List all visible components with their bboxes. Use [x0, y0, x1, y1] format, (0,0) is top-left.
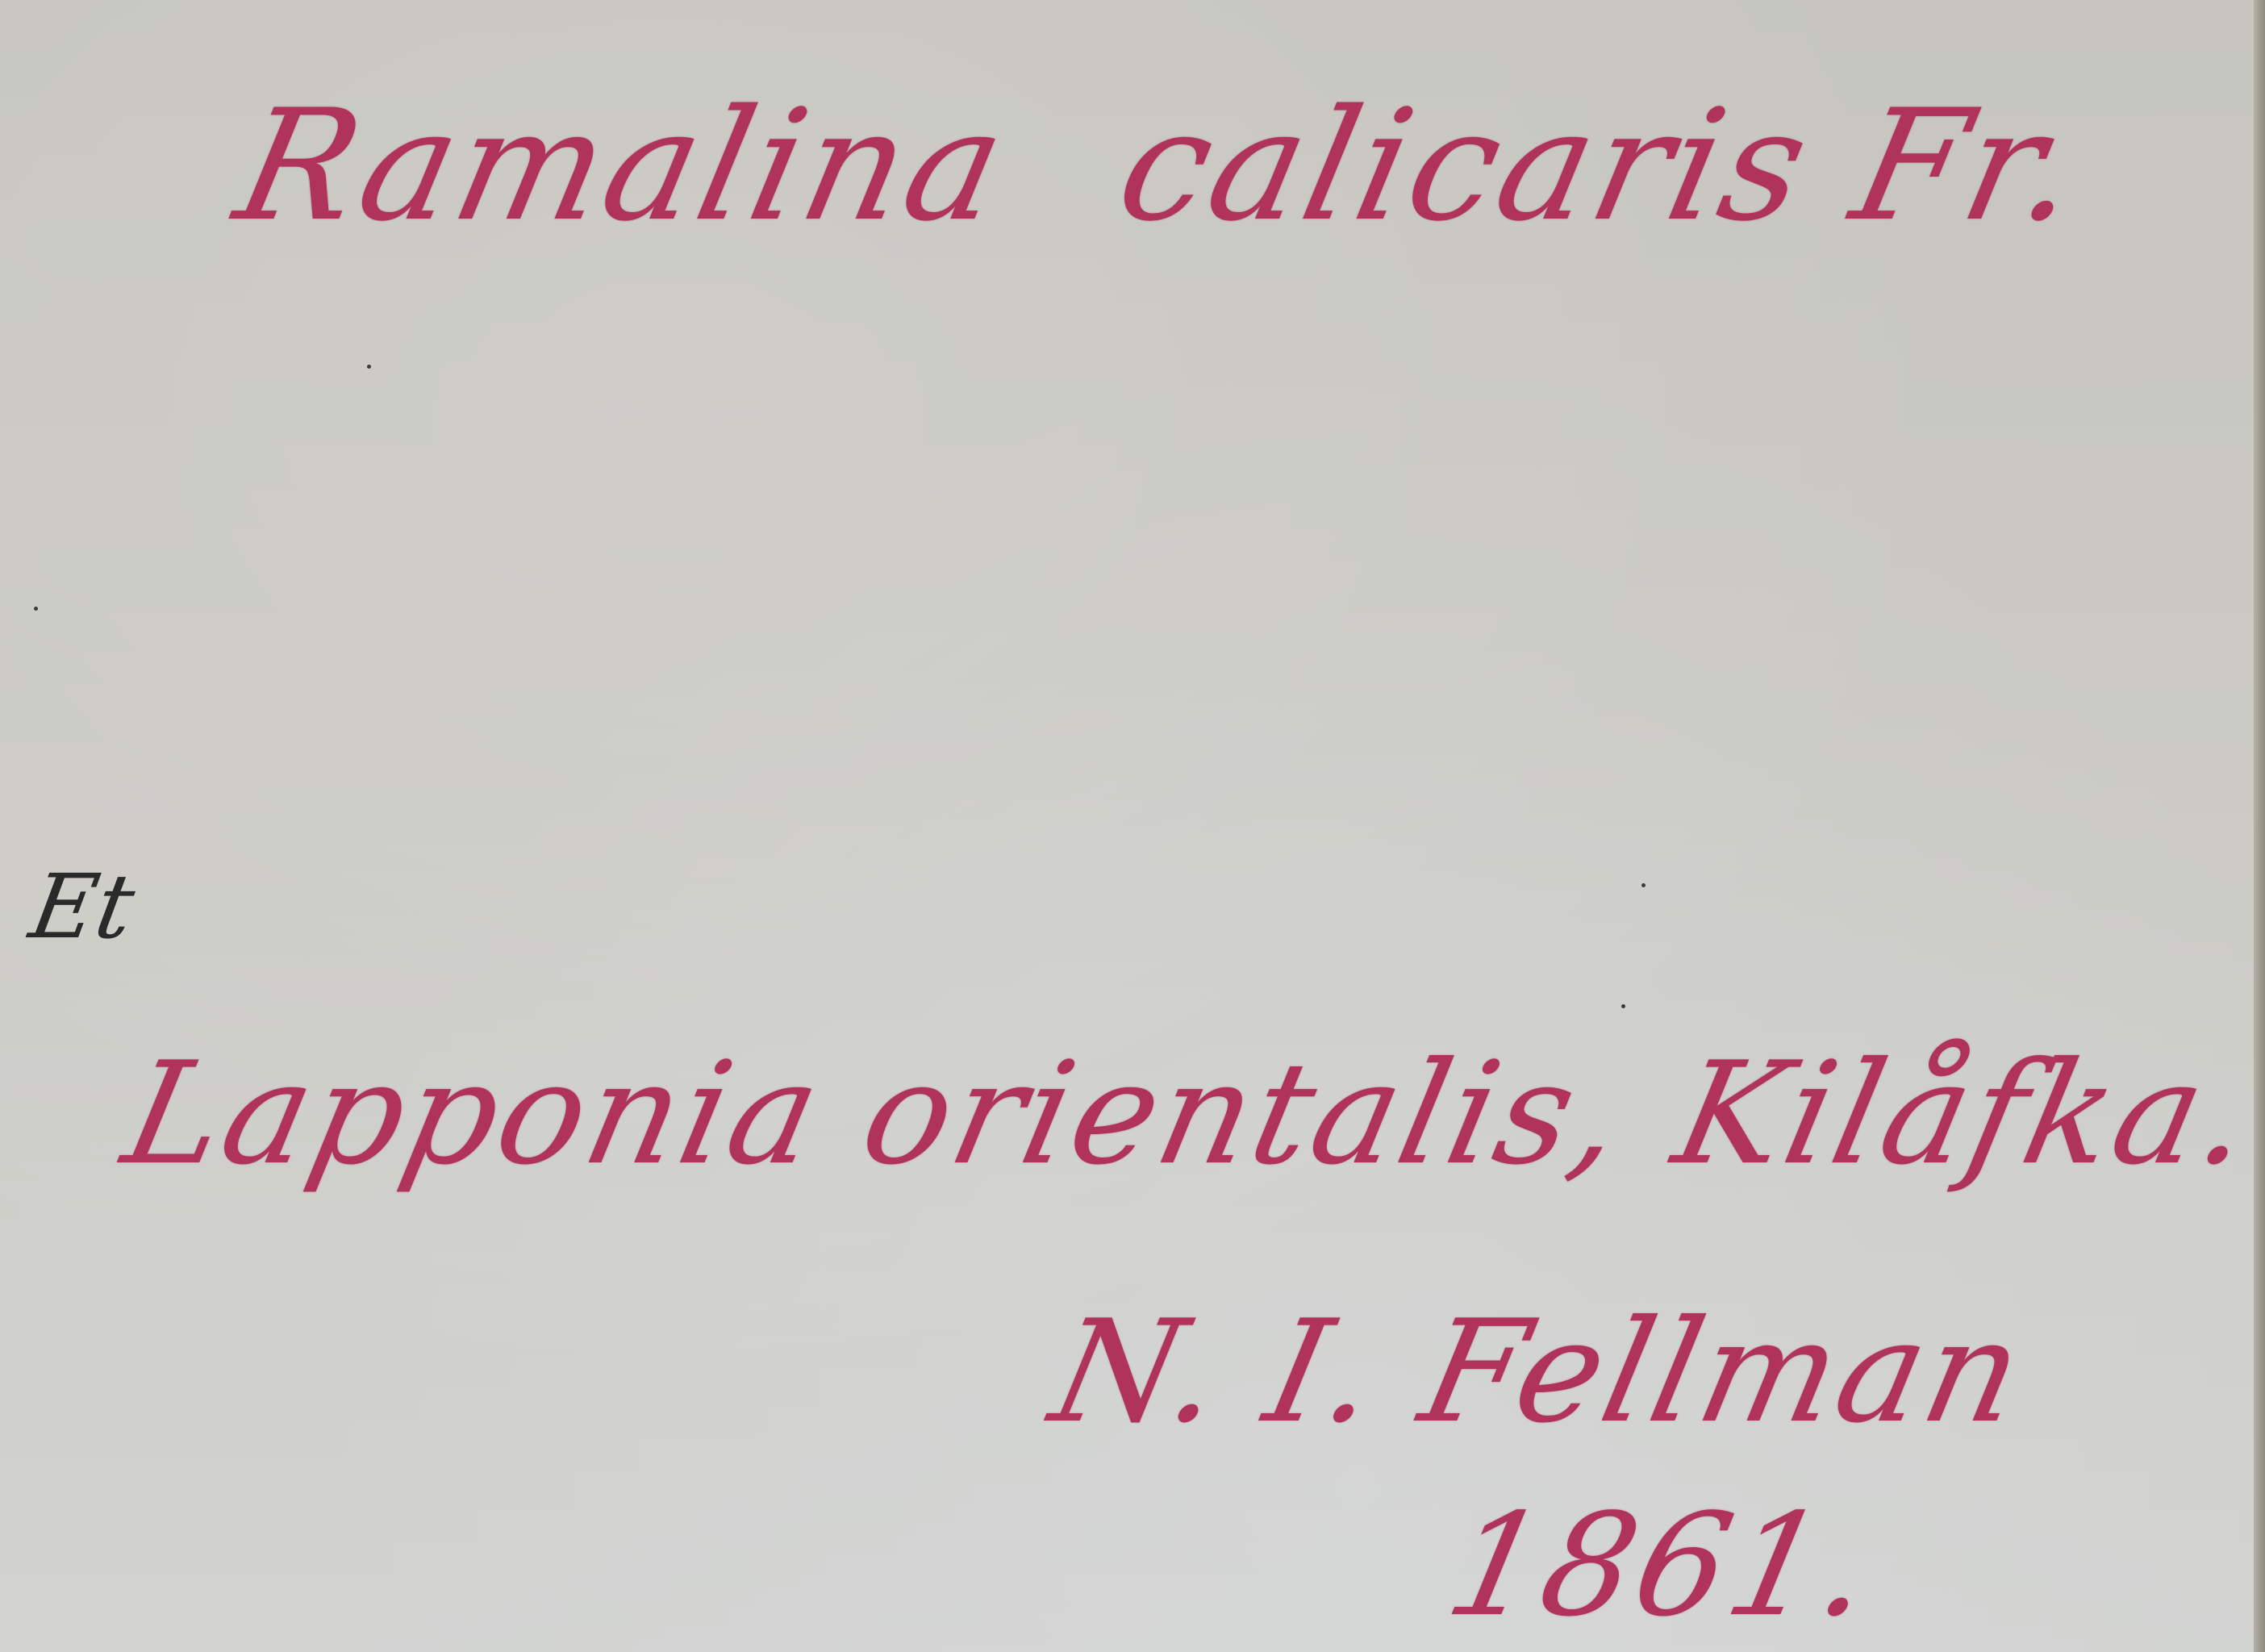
taxon-epithet: calicaris [1105, 77, 1825, 255]
taxon-name-line: Ramalinacalicaris Fr. [223, 77, 2099, 255]
collector-signature: N. I. Fellman [1039, 1291, 2038, 1454]
label-edge [2254, 0, 2265, 1652]
locality-place: Kilåfka. [1662, 1032, 2265, 1196]
paper-speck [1621, 1004, 1625, 1008]
locality-line: Lapponia orientalis,Kilåfka. [111, 1032, 2265, 1196]
taxon-genus: Ramalina [223, 77, 1022, 255]
paper-speck [34, 607, 38, 611]
collection-year: 1861. [1434, 1484, 1889, 1648]
paper-speck [1641, 883, 1646, 887]
herbarium-label: Ramalinacalicaris Fr. Et Lapponia orient… [0, 0, 2265, 1652]
paper-speck [367, 365, 371, 369]
pencil-annotation: Et [23, 855, 142, 958]
locality-region: Lapponia orientalis, [111, 1032, 1640, 1196]
taxon-authority: Fr. [1839, 77, 2098, 255]
